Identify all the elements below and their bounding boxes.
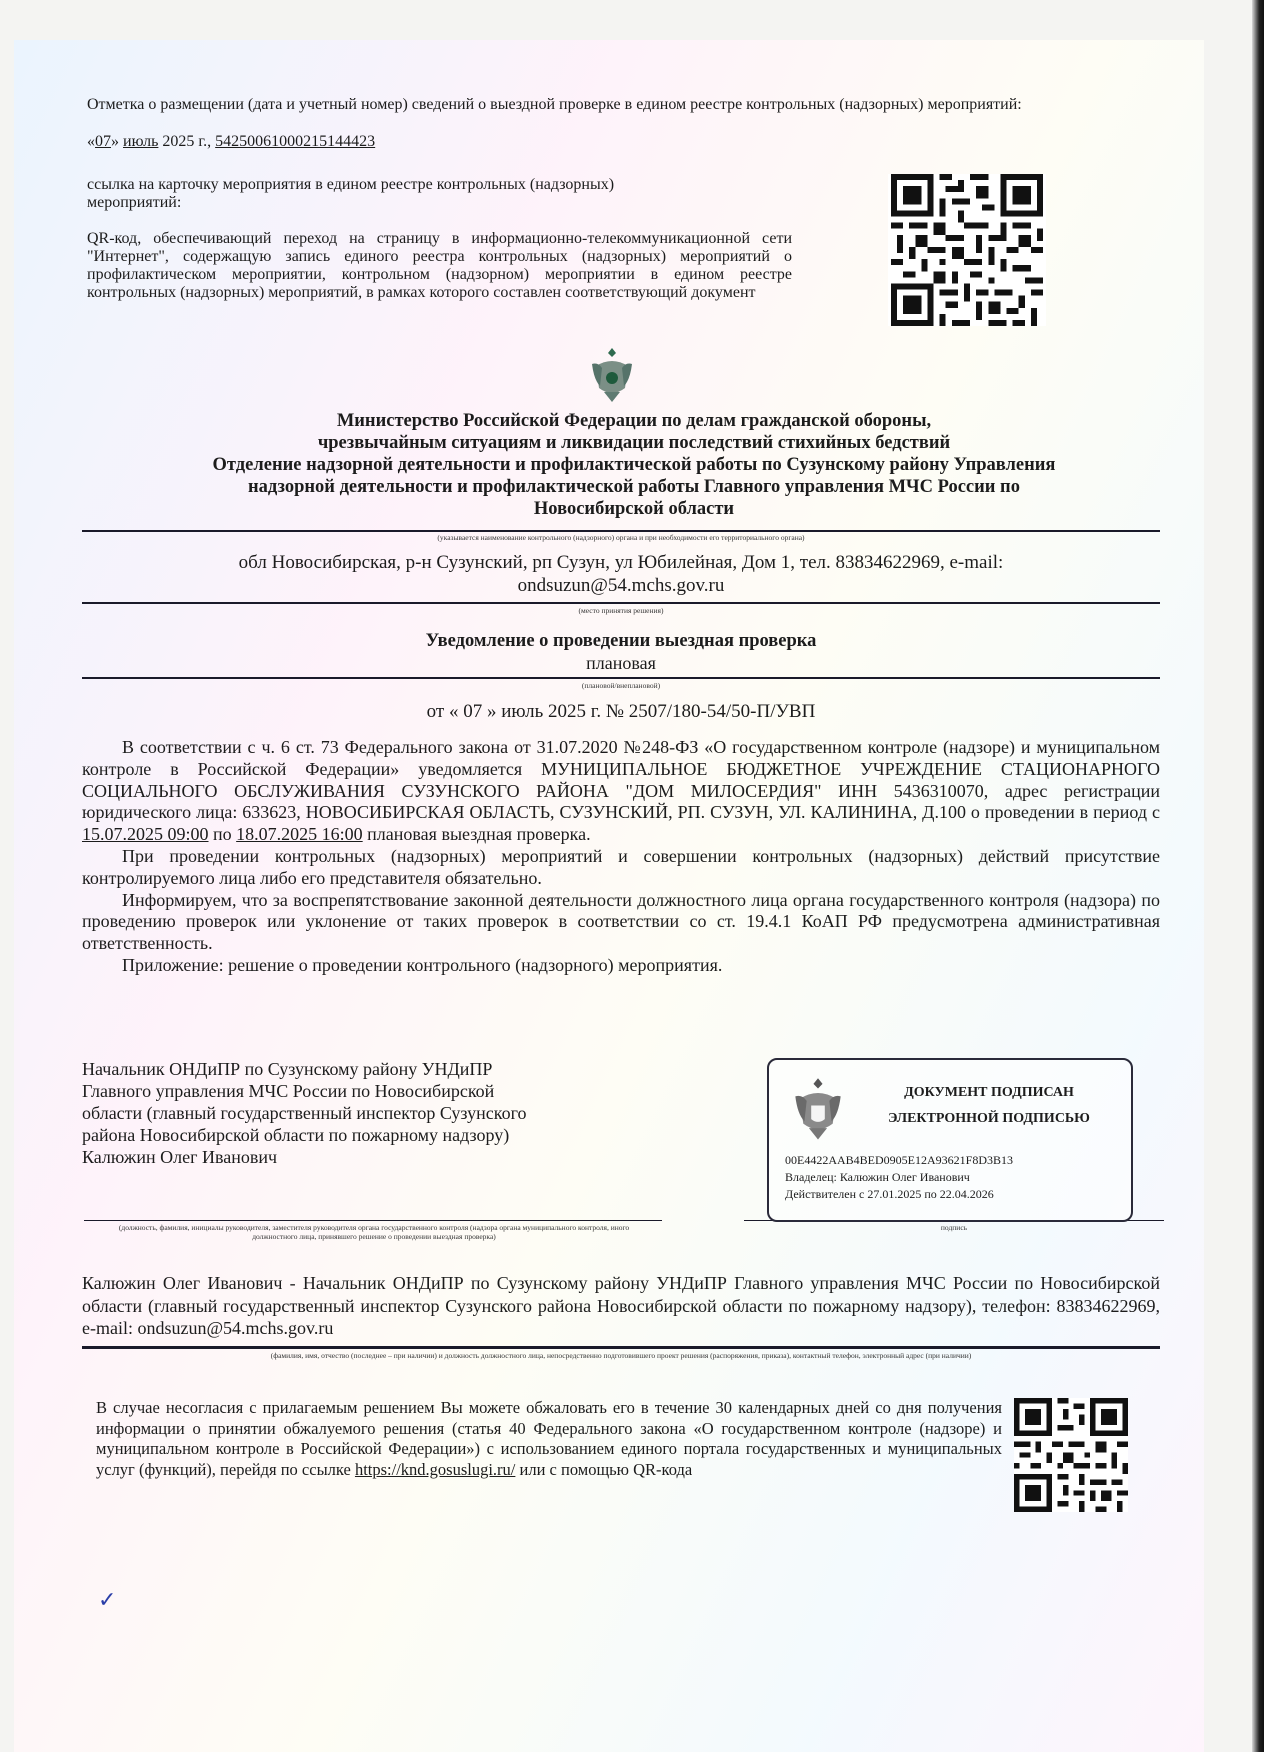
scan-edge	[1252, 0, 1264, 1752]
mchs-emblem-icon	[791, 1076, 845, 1144]
divider	[82, 677, 1160, 679]
authority-line-3: Отделение надзорной деятельности и профи…	[74, 454, 1194, 476]
authority-email[interactable]: ondsuzun@54.mchs.gov.ru	[82, 574, 1160, 597]
divider	[82, 530, 1160, 532]
registry-qr-code[interactable]	[888, 174, 1046, 326]
notice-type: плановая	[82, 652, 1160, 674]
registry-month: июль	[123, 133, 158, 150]
document-page: Отметка о размещении (дата и учетный ном…	[14, 40, 1204, 1752]
e-signature-title: ДОКУМЕНТ ПОДПИСАН ЭЛЕКТРОННОЙ ПОДПИСЬЮ	[864, 1080, 1114, 1132]
paragraph-1: В соответствии с ч. 6 ст. 73 Федеральног…	[82, 737, 1160, 846]
notice-type-caption: (плановой/внеплановой)	[82, 681, 1160, 690]
paragraph-4: Приложение: решение о проведении контрол…	[82, 955, 1160, 977]
divider	[82, 1346, 1160, 1349]
appeal-qr-code[interactable]	[1014, 1398, 1128, 1512]
authority-line-2: чрезвычайным ситуациям и ликвидации посл…	[74, 432, 1194, 454]
paragraph-2: При проведении контрольных (надзорных) м…	[82, 846, 1160, 890]
registry-day: 07	[95, 133, 111, 150]
decision-place: обл Новосибирская, р-н Сузунский, рп Суз…	[82, 551, 1160, 597]
signatory-caption: (должность, фамилия, инициалы руководите…	[104, 1223, 644, 1241]
e-signature-stamp: ДОКУМЕНТ ПОДПИСАН ЭЛЕКТРОННОЙ ПОДПИСЬЮ 0…	[767, 1058, 1133, 1222]
preparer-caption: (фамилия, имя, отчество (последнее – при…	[82, 1351, 1160, 1360]
registry-number: 54250061000215144423	[215, 133, 375, 150]
e-signature-details: 00E4422AAB4BED0905E12A93621F8D3B13 Владе…	[785, 1152, 1115, 1203]
certificate-number: 00E4422AAB4BED0905E12A93621F8D3B13	[785, 1152, 1115, 1169]
qr-code-icon	[888, 174, 1046, 326]
certificate-owner: Владелец: Калюжин Олег Иванович	[785, 1169, 1115, 1186]
signature-caption: подпись	[744, 1223, 1164, 1232]
notice-body: В соответствии с ч. 6 ст. 73 Федеральног…	[82, 737, 1160, 977]
authority-header: Министерство Российской Федерации по дел…	[74, 410, 1194, 520]
preparer-info: Калюжин Олег Иванович - Начальник ОНДиПР…	[82, 1272, 1160, 1340]
appeal-notice: В случае несогласия с прилагаемым решени…	[96, 1398, 1002, 1480]
registry-mark-value: «07» июль 2025 г., 54250061000215144423	[87, 133, 375, 151]
decision-place-caption: (место принятия решения)	[82, 606, 1160, 615]
signatory-name: Калюжин Олег Иванович	[82, 1146, 642, 1168]
signatory-position: Начальник ОНДиПР по Сузунскому району УН…	[82, 1058, 642, 1168]
registry-year: 2025 г.,	[162, 133, 211, 150]
registry-mark-label: Отметка о размещении (дата и учетный ном…	[87, 96, 1087, 114]
pen-checkmark: ✓	[98, 1588, 116, 1613]
authority-line-1: Министерство Российской Федерации по дел…	[74, 410, 1194, 432]
qr-code-icon	[1014, 1398, 1128, 1512]
gosuslugi-link[interactable]: https://knd.gosuslugi.ru/	[355, 1460, 515, 1479]
authority-caption: (указывается наименование контрольного (…	[82, 533, 1160, 542]
period-end: 18.07.2025 16:00	[236, 824, 363, 844]
certificate-validity: Действителен с 27.01.2025 по 22.04.2026	[785, 1186, 1115, 1203]
authority-line-5: Новосибирской области	[74, 498, 1194, 520]
mchs-emblem-icon	[590, 346, 634, 406]
divider	[84, 1220, 662, 1221]
paragraph-3: Информируем, что за воспрепятствование з…	[82, 890, 1160, 955]
authority-line-4: надзорной деятельности и профилактическо…	[74, 476, 1194, 498]
period-start: 15.07.2025 09:00	[82, 824, 209, 844]
notice-number: от « 07 » июль 2025 г. № 2507/180-54/50-…	[82, 700, 1160, 723]
qr-description: QR-код, обеспечивающий переход на страни…	[87, 230, 792, 302]
card-link-label: ссылка на карточку мероприятия в едином …	[87, 176, 687, 212]
divider	[82, 602, 1160, 604]
notice-title: Уведомление о проведении выездная провер…	[82, 630, 1160, 652]
